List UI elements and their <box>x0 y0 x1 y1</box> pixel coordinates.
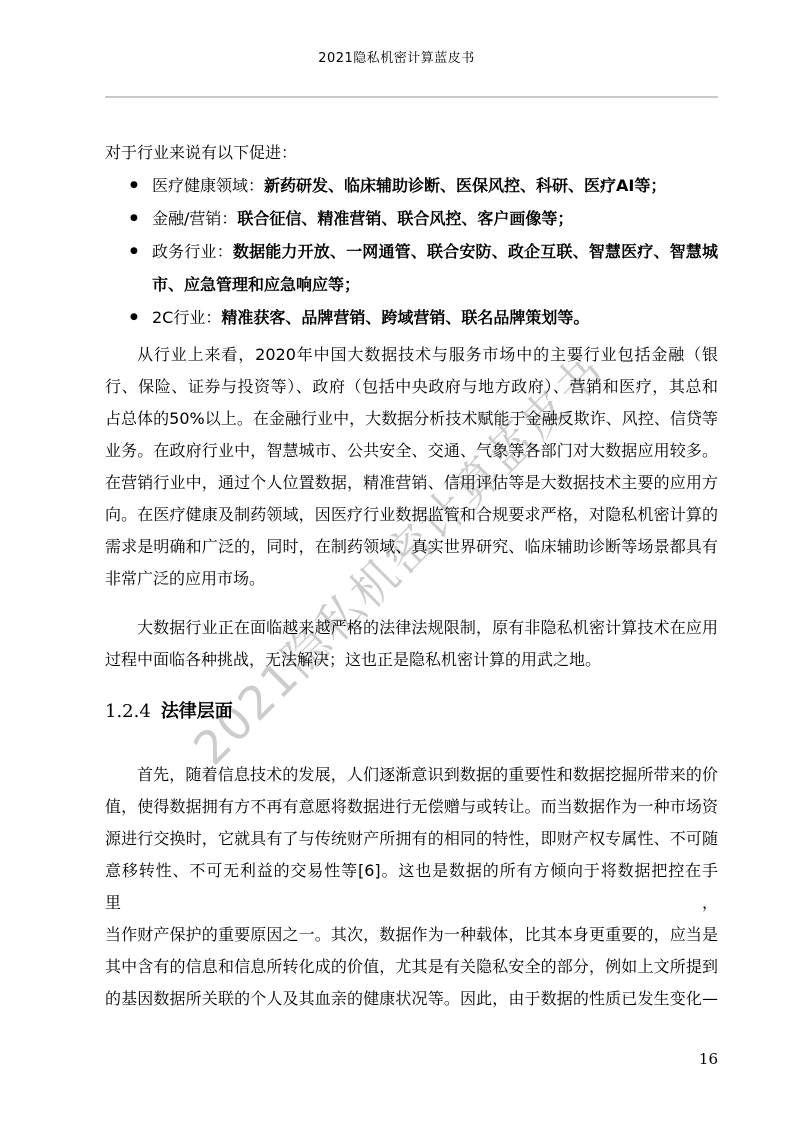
paragraph-line: 行、保险、证券与投资等）、政府（包括中央政府与地方政府）、营销和医疗，其总和 <box>105 371 718 403</box>
paragraph-line: 需求是明确和广泛的，同时，在制药领域、真实世界研究、临床辅助诊断等场景都具有 <box>105 531 718 563</box>
paragraph-line: 在营销行业中，通过个人位置数据，精准营销、信用评估等是大数据技术主要的应用方 <box>105 467 718 499</box>
paragraph-line: 当作财产保护的重要原因之一。其次，数据作为一种载体，比其本身更重要的，应当是 <box>105 919 718 951</box>
paragraph-line: 源进行交换时，它就具有了与传统财产所拥有的相同的特性，即财产权专属性、不可随 <box>105 823 718 855</box>
bullet-content: 新药研发、临床辅助诊断、医保风控、科研、医疗AI等； <box>264 176 666 195</box>
bullet-label: 金融/营销： <box>152 209 237 228</box>
paragraph-line: 从行业上来看，2020年中国大数据技术与服务市场中的主要行业包括金融（银 <box>105 339 718 371</box>
paragraph-line: 过程中面临各种挑战，无法解决；这也正是隐私机密计算的用武之地。 <box>105 644 718 676</box>
list-item: ● 2C行业：精准获客、品牌营销、跨域营销、联名品牌策划等。 <box>105 301 718 334</box>
section-heading: 1.2.4法律层面 <box>105 699 718 725</box>
paragraph-line: 值，使得数据拥有方不再有意愿将数据进行无偿赠与或转让。而当数据作为一种市场资 <box>105 791 718 823</box>
paragraph: 从行业上来看，2020年中国大数据技术与服务市场中的主要行业包括金融（银行、保险… <box>105 339 718 595</box>
paragraph-line: 意移转性、不可无利益的交易性等[6]。这也是数据的所有方倾向于将数据把控在手里， <box>105 855 718 919</box>
page-number: 16 <box>699 1050 718 1068</box>
bullet-icon: ● <box>130 235 138 268</box>
list-item: ● 政务行业：数据能力开放、一网通管、联合安防、政企互联、智慧医疗、智慧城市、应… <box>105 235 718 301</box>
bullet-icon: ● <box>130 202 138 235</box>
page-header-title: 2021隐私机密计算蓝皮书 <box>0 50 793 67</box>
bullet-content: 数据能力开放、一网通管、联合安防、政企互联、智慧医疗、智慧城市、应急管理和应急响… <box>152 242 718 294</box>
paragraph-line: 业务。在政府行业中，智慧城市、公共安全、交通、气象等各部门对大数据应用较多。 <box>105 435 718 467</box>
intro-line: 对于行业来说有以下促进： <box>105 136 718 169</box>
paragraph-line: 非常广泛的应用市场。 <box>105 563 718 595</box>
paragraph-line: 大数据行业正在面临越来越严格的法律法规限制，原有非隐私机密计算技术在应用 <box>105 612 718 644</box>
bullet-icon: ● <box>130 169 138 202</box>
bullet-content: 联合征信、精准营销、联合风控、客户画像等； <box>237 209 573 228</box>
paragraph-line: 向。在医疗健康及制药领域，因医疗行业数据监管和合规要求严格，对隐私机密计算的 <box>105 499 718 531</box>
bullet-label: 政务行业： <box>152 242 233 261</box>
bullet-content: 精准获客、品牌营销、跨域营销、联名品牌策划等。 <box>221 308 589 327</box>
section-number: 1.2.4 <box>105 701 151 722</box>
list-item: ● 金融/营销：联合征信、精准营销、联合风控、客户画像等； <box>105 202 718 235</box>
page-content: 对于行业来说有以下促进： ● 医疗健康领域：新药研发、临床辅助诊断、医保风控、科… <box>105 136 718 1015</box>
document-page: 2021隐私机密计算蓝皮书 2021隐私机密计算蓝皮书 对于行业来说有以下促进：… <box>0 0 793 1122</box>
paragraph-line: 首先，随着信息技术的发展，人们逐渐意识到数据的重要性和数据挖掘所带来的价 <box>105 759 718 791</box>
paragraph: 首先，随着信息技术的发展，人们逐渐意识到数据的重要性和数据挖掘所带来的价值，使得… <box>105 759 718 1015</box>
bullet-label: 2C行业： <box>152 308 221 327</box>
paragraph: 大数据行业正在面临越来越严格的法律法规限制，原有非隐私机密计算技术在应用过程中面… <box>105 612 718 676</box>
list-item: ● 医疗健康领域：新药研发、临床辅助诊断、医保风控、科研、医疗AI等； <box>105 169 718 202</box>
header-divider <box>105 96 718 98</box>
paragraph-line: 占总体的50%以上。在金融行业中，大数据分析技术赋能于金融反欺诈、风控、信贷等 <box>105 403 718 435</box>
bullet-icon: ● <box>130 301 138 334</box>
bullet-list: ● 医疗健康领域：新药研发、临床辅助诊断、医保风控、科研、医疗AI等； ● 金融… <box>105 169 718 334</box>
paragraph-line: 其中含有的信息和信息所转化成的价值，尤其是有关隐私安全的部分，例如上文所提到 <box>105 951 718 983</box>
bullet-label: 医疗健康领域： <box>152 176 264 195</box>
section-title: 法律层面 <box>161 701 233 722</box>
paragraph-line: 的基因数据所关联的个人及其血亲的健康状况等。因此，由于数据的性质已发生变化— <box>105 983 718 1015</box>
